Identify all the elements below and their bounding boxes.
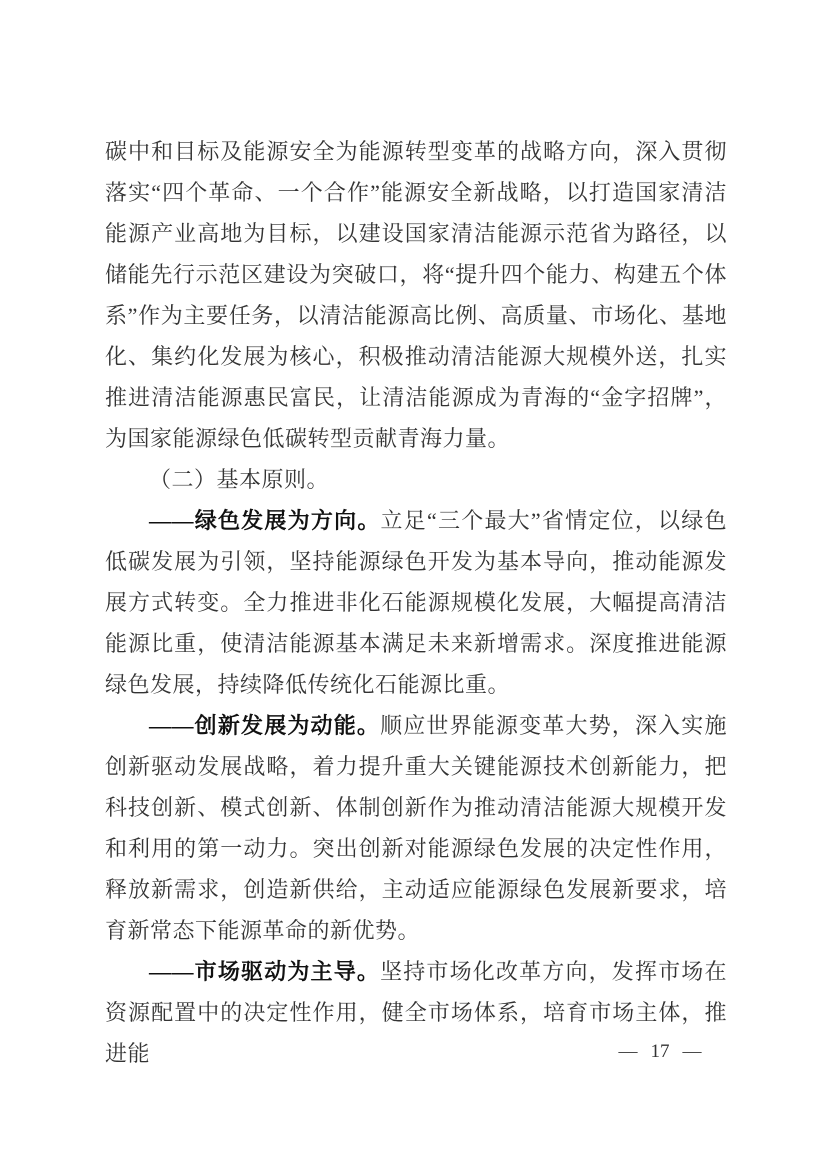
paragraph-strategy-continued: 碳中和目标及能源安全为能源转型变革的战略方向，深入贯彻落实“四个革命、一个合作”… (105, 131, 727, 459)
document-page: 碳中和目标及能源安全为能源转型变革的战略方向，深入贯彻落实“四个革命、一个合作”… (0, 0, 827, 1169)
page-footer: — 17 — (600, 1041, 720, 1063)
paragraph-innovation-development: ——创新发展为动能。顺应世界能源变革大势，深入实施创新驱动发展战略，着力提升重大… (105, 705, 727, 951)
footer-dash-left: — (619, 1041, 638, 1063)
bold-lead-innovation-development: ——创新发展为动能。 (149, 713, 380, 738)
paragraph-text: 立足“三个最大”省情定位，以绿色低碳发展为引领，坚持能源绿色开发为基本导向，推动… (105, 508, 727, 697)
page-number: 17 (651, 1041, 670, 1063)
paragraph-green-development: ——绿色发展为方向。立足“三个最大”省情定位，以绿色低碳发展为引领，坚持能源绿色… (105, 500, 727, 705)
footer-dash-right: — (683, 1041, 702, 1063)
bold-lead-green-development: ——绿色发展为方向。 (149, 508, 381, 533)
section-heading-text: （二）基本原则。 (149, 467, 329, 492)
section-heading-basic-principles: （二）基本原则。 (105, 459, 727, 500)
document-body: 碳中和目标及能源安全为能源转型变革的战略方向，深入贯彻落实“四个革命、一个合作”… (105, 131, 727, 1074)
paragraph-text: 碳中和目标及能源安全为能源转型变革的战略方向，深入贯彻落实“四个革命、一个合作”… (105, 139, 727, 451)
bold-lead-market-driven: ——市场驱动为主导。 (149, 959, 380, 984)
paragraph-text: 顺应世界能源变革大势，深入实施创新驱动发展战略，着力提升重大关键能源技术创新能力… (105, 713, 727, 943)
